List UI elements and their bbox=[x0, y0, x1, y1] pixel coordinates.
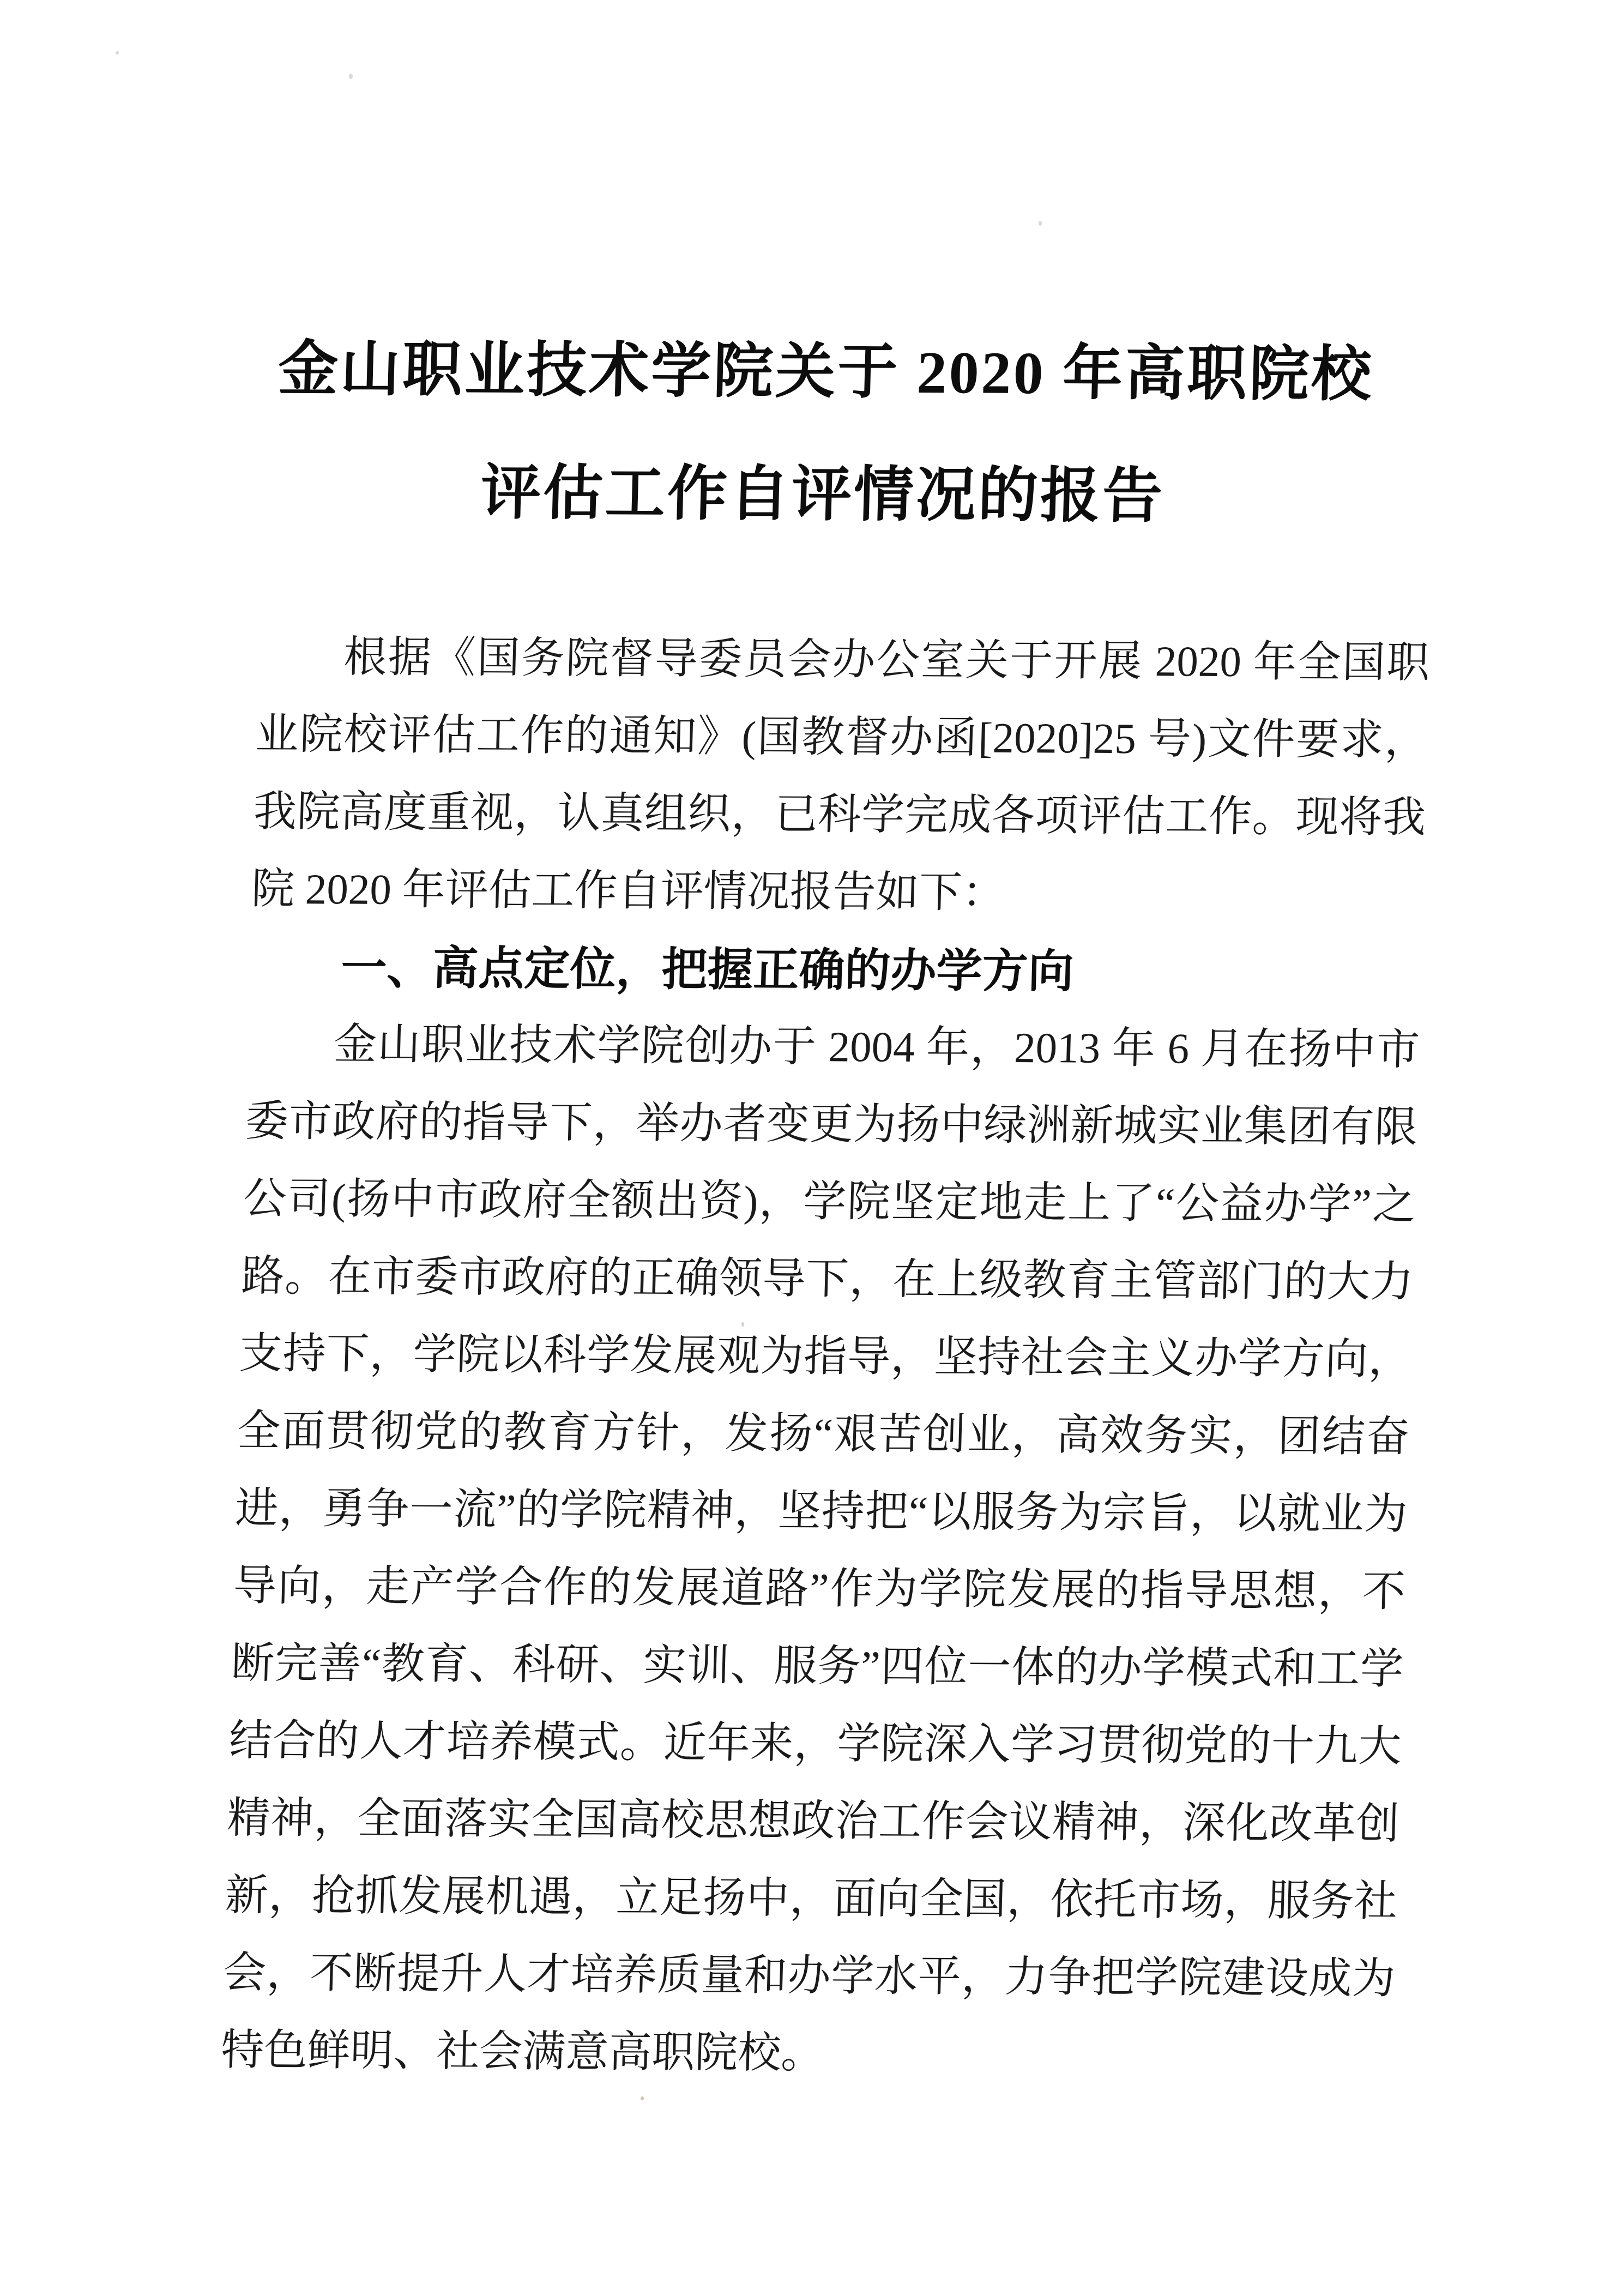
body-text-line: 业院校评估工作的通知》(国教督办函[2020]25 号)文件要求， bbox=[255, 696, 1429, 780]
body-text-line: 新，抢抓发展机遇，立足扬中，面向全国，依托市场，服务社 bbox=[224, 1857, 1398, 1941]
body-text-line: 委市政府的指导下，举办者变更为扬中绿洲新城实业集团有限 bbox=[244, 1083, 1419, 1167]
body-text-line: 金山职业技术学院创办于 2004 年，2013 年 6 月在扬中市 bbox=[246, 1006, 1421, 1089]
section-heading: 一、高点定位，把握正确的办学方向 bbox=[249, 929, 1423, 1012]
document-body: 根据《国务院督导委员会办公室关于开展 2020 年全国职业院校评估工作的通知》(… bbox=[220, 619, 1431, 2096]
body-text-line: 断完善“教育、科研、实训、服务”四位一体的办学模式和工学 bbox=[230, 1625, 1404, 1708]
body-text-line: 全面贯彻党的教育方针，发扬“艰苦创业，高效务实，团结奋 bbox=[236, 1393, 1410, 1477]
body-text-line: 路。在市委市政府的正确领导下，在上级教育主管部门的大力 bbox=[240, 1238, 1415, 1322]
document-title: 金山职业技术学院关于 2020 年高职院校评估工作自评情况的报告 bbox=[9, 306, 1623, 561]
body-text-line: 精神，全面落实全国高校思想政治工作会议精神，深化改革创 bbox=[226, 1780, 1401, 1863]
body-text-line: 特色鲜明、社会满意高职院校。 bbox=[220, 2012, 1395, 2095]
body-text-line: 会，不断提升人才培养质量和办学水平，力争把学院建设成为 bbox=[222, 1935, 1396, 2018]
scanned-document-page: 金山职业技术学院关于 2020 年高职院校评估工作自评情况的报告 根据《国务院督… bbox=[0, 0, 1623, 2296]
document-content: 金山职业技术学院关于 2020 年高职院校评估工作自评情况的报告 根据《国务院督… bbox=[0, 0, 1623, 2296]
body-text-line: 结合的人才培养模式。近年来，学院深入学习贯彻党的十九大 bbox=[228, 1702, 1402, 1786]
body-text-line: 院 2020 年评估工作自评情况报告如下： bbox=[250, 851, 1425, 935]
document-title-line: 评估工作自评情况的报告 bbox=[9, 429, 1623, 561]
body-text-line: 进，勇争一流”的学院精神，坚持把“以服务为宗旨，以就业为 bbox=[234, 1470, 1409, 1553]
document-title-line: 金山职业技术学院关于 2020 年高职院校 bbox=[13, 306, 1623, 438]
body-text-line: 导向，走产学合作的发展道路”作为学院发展的指导思想，不 bbox=[232, 1547, 1407, 1631]
body-text-line: 公司(扬中市政府全额出资)，学院坚定地走上了“公益办学”之 bbox=[243, 1161, 1417, 1244]
body-text-line: 支持下，学院以科学发展观为指导，坚持社会主义办学方向， bbox=[238, 1316, 1413, 1399]
body-text-line: 我院高度重视，认真组织，已科学完成各项评估工作。现将我 bbox=[252, 774, 1427, 857]
body-text-line: 根据《国务院督导委员会办公室关于开展 2020 年全国职 bbox=[257, 619, 1431, 702]
